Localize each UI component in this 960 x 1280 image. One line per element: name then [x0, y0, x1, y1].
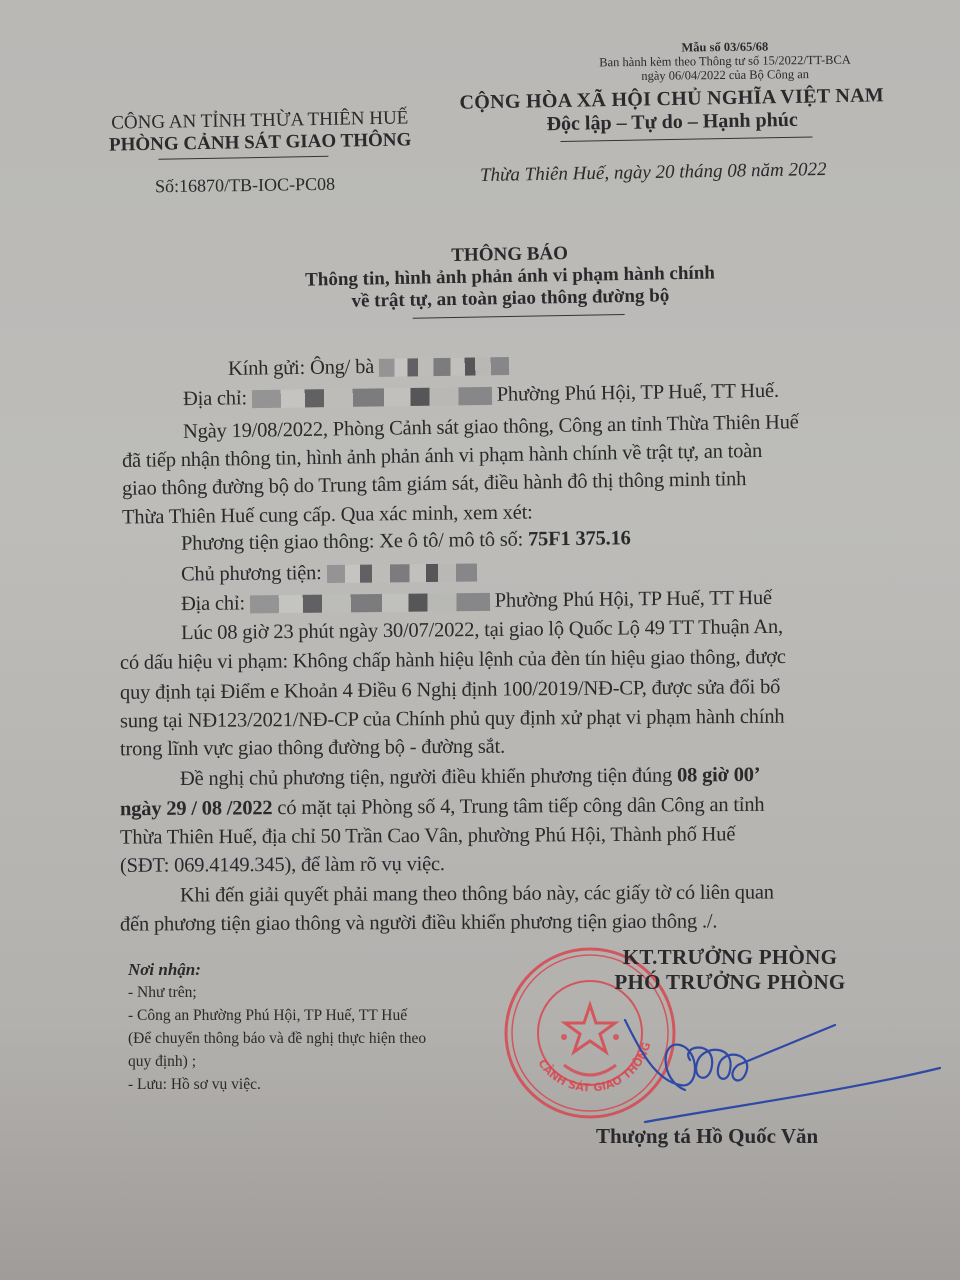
recipient-item: - Lưu: Hồ sơ vụ việc. [128, 1073, 508, 1096]
agency-header: CÔNG AN TỈNH THỪA THIÊN HUẾ PHÒNG CẢNH S… [80, 107, 441, 157]
owner-address-label: Địa chỉ: [181, 592, 245, 615]
para4-line-2: đến phương tiện giao thông và người điều… [120, 910, 717, 936]
para3-line-4: (SĐT: 069.4149.345), để làm rõ vụ việc. [120, 853, 445, 878]
para3-line-2: ngày 29 / 08 /2022 có mặt tại Phòng số 4… [120, 794, 765, 821]
vehicle-label: Phương tiện giao thông: Xe ô tô/ mô tô s… [181, 529, 523, 555]
salutation: Kính gửi: Ông/ bà [228, 356, 374, 380]
appointment-date: ngày 29 / 08 /2022 [120, 797, 273, 820]
form-number-block: Mẫu số 03/65/68 Ban hành kèm theo Thông … [560, 38, 890, 83]
vehicle-line: Phương tiện giao thông: Xe ô tô/ mô tô s… [181, 527, 631, 555]
signature-block: KT.TRƯỞNG PHÒNG PHÓ TRƯỞNG PHÒNG [540, 945, 920, 995]
owner-address-line: Địa chỉ: Phường Phú Hội, TP Huế, TT Huế [181, 587, 772, 616]
address-visible: Phường Phú Hội, TP Huế, TT Huế. [497, 380, 779, 406]
document-number: Số:16870/TB-IOC-PC08 [155, 174, 335, 198]
document-title: THÔNG BÁO Thông tin, hình ảnh phản ánh v… [239, 239, 780, 314]
owner-line: Chủ phương tiện: [181, 560, 477, 586]
vehicle-plate: 75F1 375.16 [528, 527, 631, 550]
para2-line-4: sung tại NĐ123/2021/NĐ-CP của Chính phủ … [120, 706, 785, 734]
signer-role-2: PHÓ TRƯỞNG PHÒNG [540, 970, 920, 995]
para1-line-2: đã tiếp nhận thông tin, hình ảnh phản án… [122, 440, 762, 473]
para2-line-3: quy định tại Điểm e Khoản 4 Điều 6 Nghị … [120, 676, 780, 705]
agency-underline [158, 156, 328, 160]
recipients-block: Nơi nhận: - Như trên; - Công an Phường P… [128, 958, 508, 1096]
appointment-time: 08 giờ 00’ [677, 764, 761, 787]
para3-text: Đề nghị chủ phương tiện, người điều khiể… [180, 765, 672, 790]
redacted-owner-address [250, 593, 490, 614]
owner-label: Chủ phương tiện: [181, 562, 322, 585]
para4-line-1: Khi đến giải quyết phải mang theo thông … [180, 881, 774, 907]
title-underline [413, 314, 625, 319]
redacted-address [252, 387, 492, 408]
address-line: Địa chỉ: Phường Phú Hội, TP Huế, TT Huế. [183, 380, 779, 411]
recipient-item: quy định) ; [128, 1050, 508, 1073]
redacted-name [379, 357, 509, 377]
para1-line-3: giao thông đường bộ do Trung tâm giám sá… [122, 468, 747, 501]
recipient-item: (Để chuyển thông báo và đề nghị thực hiệ… [128, 1027, 508, 1050]
redacted-owner [326, 564, 476, 584]
para1-line-1: Ngày 19/08/2022, Phòng Cảnh sát giao thô… [183, 411, 799, 444]
signer-role-1: KT.TRƯỞNG PHÒNG [540, 945, 920, 970]
motto-underline [561, 137, 813, 142]
para2-line-2: có dấu hiệu vi phạm: Không chấp hành hiệ… [120, 646, 786, 675]
para2-line-1: Lúc 08 giờ 23 phút ngày 30/07/2022, tại … [181, 616, 783, 645]
para1-line-4: Thừa Thiên Huế cung cấp. Qua xác minh, x… [122, 501, 533, 529]
owner-address-visible: Phường Phú Hội, TP Huế, TT Huế [495, 587, 772, 612]
para3-line-2-rest: có mặt tại Phòng số 4, Trung tâm tiếp cô… [272, 794, 764, 819]
recipient-item: - Như trên; [128, 981, 508, 1004]
recipient-item: - Công an Phường Phú Hội, TP Huế, TT Huế [128, 1004, 508, 1027]
salutation-line: Kính gửi: Ông/ bà [228, 354, 509, 381]
signer-name: Thượng tá Hồ Quốc Văn [596, 1124, 818, 1149]
document-page: Mẫu số 03/65/68 Ban hành kèm theo Thông … [0, 0, 960, 1280]
nation-header: CỘNG HÒA XÃ HỘI CHỦ NGHĨA VIỆT NAM Độc l… [442, 84, 903, 138]
para3-line-3: Thừa Thiên Huế, địa chỉ 50 Trần Cao Vân,… [120, 823, 735, 849]
recipients-heading: Nơi nhận: [128, 958, 508, 981]
para3-line-1: Đề nghị chủ phương tiện, người điều khiể… [180, 764, 761, 791]
address-label: Địa chỉ: [183, 387, 247, 410]
handwritten-signature-icon [620, 1010, 950, 1130]
para2-line-5: trong lĩnh vực giao thông đường bộ - đườ… [120, 736, 505, 762]
place-date: Thừa Thiên Huế, ngày 20 tháng 08 năm 202… [480, 159, 827, 187]
